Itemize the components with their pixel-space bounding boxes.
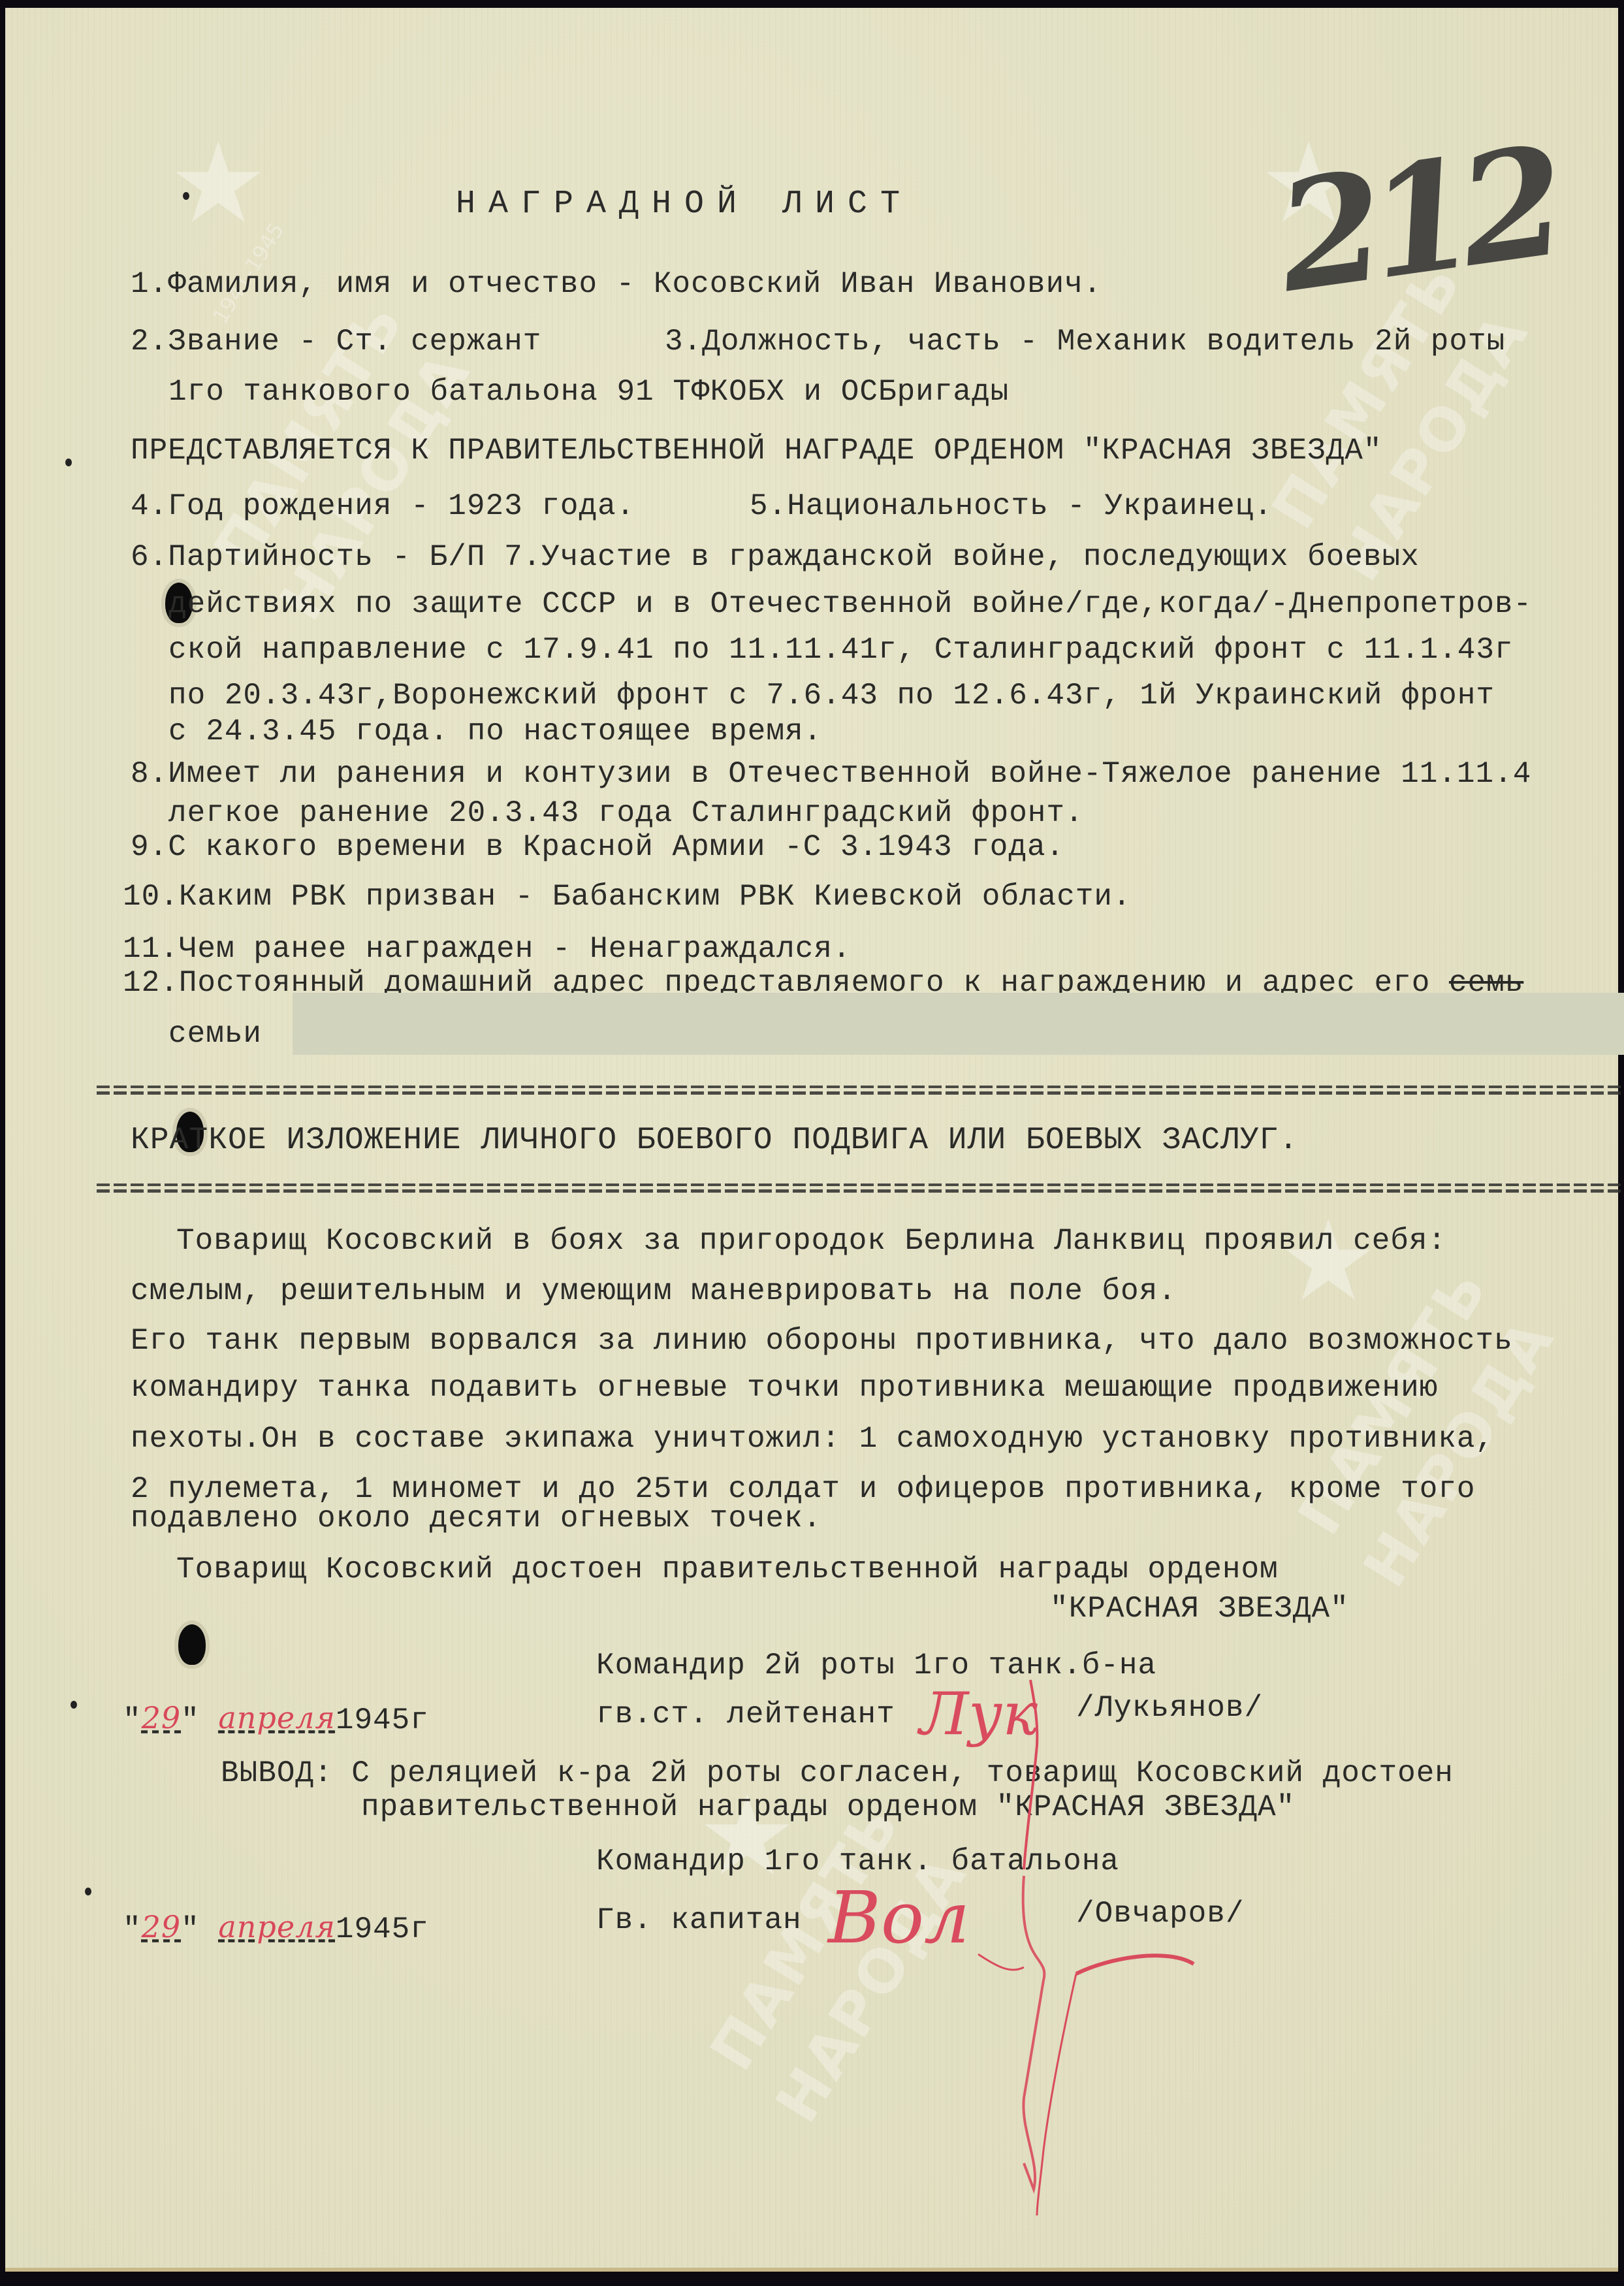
document-title: НАГРАДНОЙ ЛИСТ	[456, 185, 913, 223]
signer1-date-year: 1945г	[336, 1703, 429, 1737]
signature1-handwritten: Лук	[919, 1680, 1038, 1748]
separator-line	[97, 1183, 1624, 1193]
signer2-name: /Овчаров/	[1076, 1899, 1244, 1929]
punch-mark	[71, 1701, 77, 1709]
field-war-participation-l5: с 24.3.45 года. по настоящее время.	[168, 716, 822, 747]
signer2-date: "29" апреля1945г	[123, 1912, 429, 1944]
field-party-war-participation: 6.Партийность - Б/П 7.Участие в гражданс…	[131, 542, 1420, 572]
signer1-position: Командир 2й роты 1го танк.б-на	[596, 1650, 1156, 1681]
field-war-participation-l4: по 20.3.43г,Воронежский фронт с 7.6.43 п…	[168, 681, 1495, 711]
signer1-date-month: апреля	[218, 1700, 335, 1735]
field-rank: 2.Звание - Ст. сержант	[131, 327, 541, 357]
watermark-star-icon: ★	[168, 119, 268, 248]
field-previous-awards: 11.Чем ранее награжден - Ненаграждался.	[123, 934, 852, 964]
handwritten-sheet-number: 212	[1267, 114, 1564, 327]
redaction-band	[293, 993, 1624, 1055]
field-war-participation-l2: действиях по защите СССР и в Отечественн…	[168, 589, 1532, 619]
punch-mark	[183, 192, 189, 200]
narrative-line: командиру танка подавить огневые точки п…	[131, 1373, 1438, 1403]
signer1-date-day: 29	[142, 1700, 182, 1735]
punch-hole	[178, 1624, 206, 1665]
award-sheet-page: ★ 1941-1945 ПАМЯТЬ НАРОДА ★ ПАМЯТЬ НАРОД…	[5, 8, 1618, 2272]
signer1-rank: гв.ст. лейтенант	[596, 1699, 895, 1730]
section-heading: КРАТКОЕ ИЗЛОЖЕНИЕ ЛИЧНОГО БОЕВОГО ПОДВИГ…	[131, 1125, 1298, 1156]
signer2-date-year: 1945г	[336, 1912, 429, 1946]
narrative-line: Его танк первым ворвался за линию оборон…	[131, 1326, 1513, 1356]
narrative-line: пехоты.Он в составе экипажа уничтожил: 1…	[131, 1424, 1494, 1454]
field-wounds-l1: 8.Имеет ли ранения и контузии в Отечеств…	[131, 759, 1531, 789]
signer2-position: Командир 1го танк. батальона	[596, 1846, 1119, 1876]
narrative-line: смелым, решительным и умеющим маневриров…	[131, 1276, 1177, 1306]
field-birth-year: 4.Год рождения - 1923 года.	[131, 491, 635, 521]
field-nationality: 5.Национальность - Украинец.	[750, 491, 1273, 521]
field-full-name: 1.Фамилия, имя и отчество - Косовский Ив…	[131, 269, 1102, 299]
signer1-name: /Лукьянов/	[1076, 1693, 1263, 1723]
signature2-handwritten: Вол	[828, 1876, 970, 1959]
punch-mark	[65, 459, 72, 466]
conclusion-line: Товарищ Косовский достоен правительствен…	[176, 1554, 1279, 1585]
field-service-since: 9.С какого времени в Красной Армии -С 3.…	[131, 832, 1064, 862]
field-home-address-cont: семьи	[168, 1019, 262, 1049]
verdict-line1: ВЫВОД: С реляцией к-ра 2й роты согласен,…	[221, 1758, 1454, 1788]
punch-mark	[85, 1888, 91, 1895]
narrative-line: подавлено около десяти огневых точек.	[131, 1504, 821, 1534]
field-wounds-l2: легкое ранение 20.3.43 года Сталинградск…	[168, 798, 1084, 828]
narrative-line: Товарищ Косовский в боях за пригородок Б…	[176, 1226, 1446, 1256]
verdict-line2: правительственной награды орденом "КРАСН…	[361, 1792, 1295, 1822]
award-nomination-line: ПРЕДСТАВЛЯЕТСЯ К ПРАВИТЕЛЬСТВЕННОЙ НАГРА…	[131, 436, 1382, 466]
field-position: 3.Должность, часть - Механик водитель 2й…	[665, 327, 1505, 357]
field-position-cont: 1го танкового батальона 91 ТФКОБХ и ОСБр…	[168, 377, 1009, 407]
field-drafted-by: 10.Каким РВК призван - Бабанским РВК Кие…	[123, 882, 1132, 912]
separator-line	[97, 1086, 1624, 1095]
narrative-line: 2 пулемета, 1 миномет и до 25ти солдат и…	[131, 1474, 1476, 1504]
signer2-date-month: апреля	[218, 1909, 335, 1944]
conclusion-award: "КРАСНАЯ ЗВЕЗДА"	[1050, 1594, 1349, 1624]
signer1-date: "29" апреля1945г	[123, 1703, 429, 1735]
field-war-participation-l3: ской направление с 17.9.41 по 11.11.41г,…	[168, 635, 1514, 665]
watermark-star-icon: ★	[1279, 1197, 1378, 1326]
signer2-date-day: 29	[142, 1909, 182, 1944]
signer2-rank: Гв. капитан	[596, 1905, 802, 1935]
